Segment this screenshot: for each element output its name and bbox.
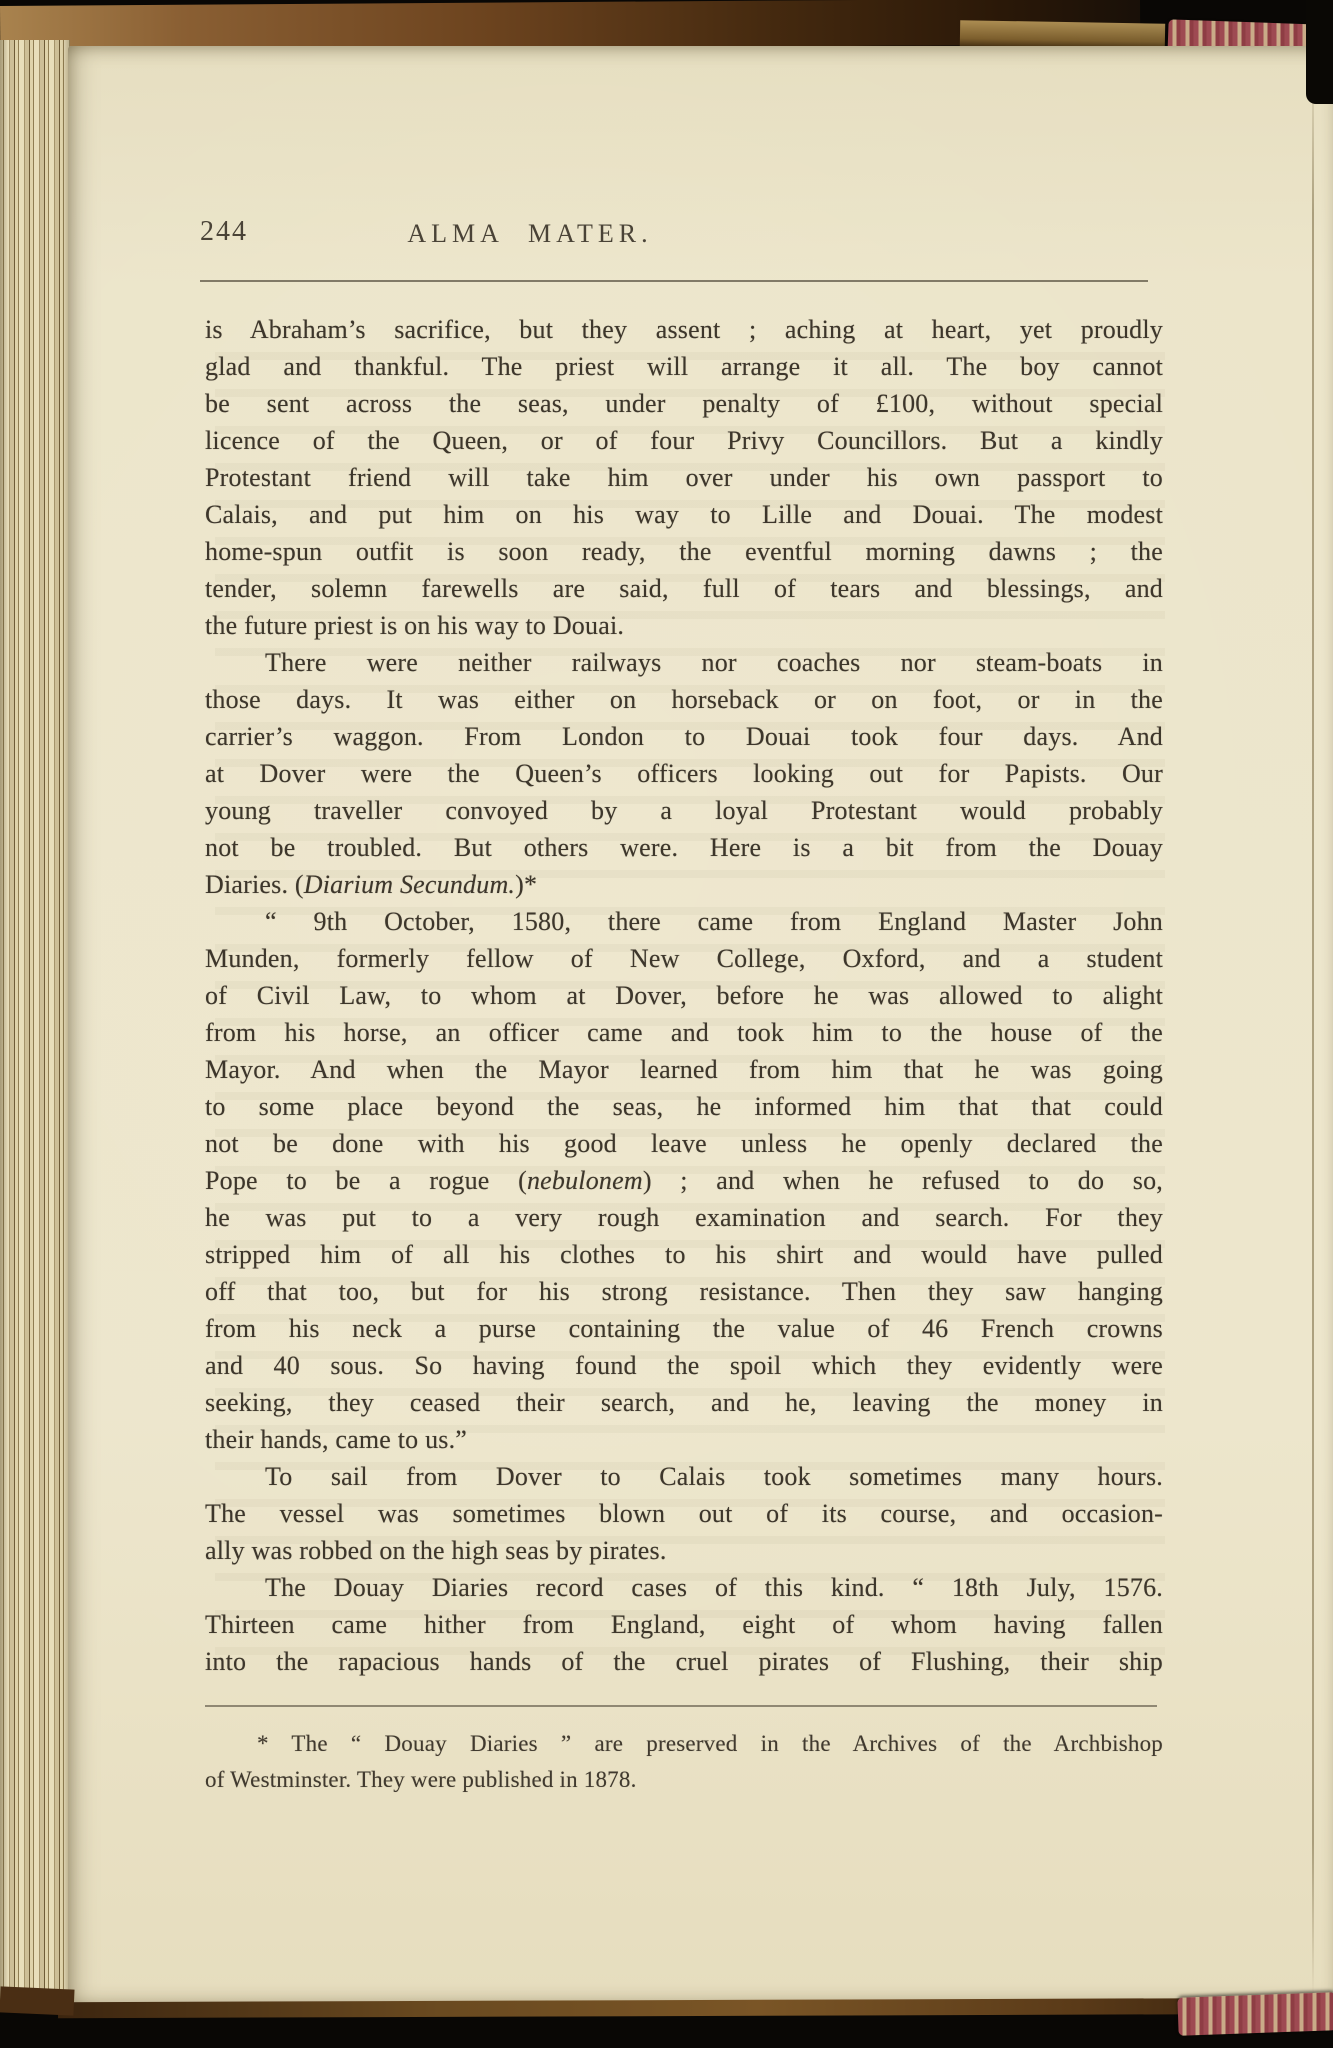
text-line: be sent across the seas, under penalty o… — [205, 385, 1163, 422]
text-line: Thirteen came hither from England, eight… — [205, 1606, 1163, 1643]
text-line: and 40 sous. So having found the spoil w… — [205, 1347, 1163, 1384]
text-line: The Douay Diaries record cases of this k… — [205, 1569, 1163, 1606]
text-line: not be done with his good leave unless h… — [205, 1125, 1163, 1162]
text-line: tender, solemn farewells are said, full … — [205, 570, 1163, 607]
paragraph: To sail from Dover to Calais took someti… — [205, 1458, 1163, 1569]
text-line: to some place beyond the seas, he inform… — [205, 1088, 1163, 1125]
text-line: “ 9th October, 1580, there came from Eng… — [205, 903, 1163, 940]
running-title: ALMA MATER. — [320, 219, 740, 249]
text-line: There were neither railways nor coaches … — [205, 644, 1163, 681]
text-line: home-spun outfit is soon ready, the even… — [205, 533, 1163, 570]
text-line: of Westminster. They were published in 1… — [205, 1762, 1163, 1798]
text-line: from his neck a purse containing the val… — [205, 1310, 1163, 1347]
paragraph: “ 9th October, 1580, there came from Eng… — [205, 903, 1163, 1458]
paragraph: There were neither railways nor coaches … — [205, 644, 1163, 903]
text-line: from his horse, an officer came and took… — [205, 1014, 1163, 1051]
text-line: Protestant friend will take him over und… — [205, 459, 1163, 496]
text-line: carrier’s waggon. From London to Douai t… — [205, 718, 1163, 755]
text-line: Diaries. (Diarium Secundum.)* — [205, 866, 1163, 903]
text-line: ally was robbed on the high seas by pira… — [205, 1532, 1163, 1569]
text-line: Munden, formerly fellow of New College, … — [205, 940, 1163, 977]
cover-corner-bottom-left — [0, 1986, 75, 2015]
text-line: young traveller convoyed by a loyal Prot… — [205, 792, 1163, 829]
book-bottom-cover-edge — [58, 1998, 1333, 2018]
text-line: not be troubled. But others were. Here i… — [205, 829, 1163, 866]
text-line: glad and thankful. The priest will arran… — [205, 348, 1163, 385]
text-line: Calais, and put him on his way to Lille … — [205, 496, 1163, 533]
page-stack-edges — [0, 40, 70, 2012]
page-number: 244 — [200, 216, 248, 248]
text-line: into the rapacious hands of the cruel pi… — [205, 1643, 1163, 1680]
header-rule — [200, 280, 1148, 282]
text-line: seeking, they ceased their search, and h… — [205, 1384, 1163, 1421]
cover-corner-top-right — [1306, 0, 1333, 104]
text-line: * The “ Douay Diaries ” are preserved in… — [205, 1726, 1163, 1762]
body-text: is Abraham’s sacrifice, but they assent … — [205, 311, 1163, 1680]
text-line: off that too, but for his strong resista… — [205, 1273, 1163, 1310]
text-line: is Abraham’s sacrifice, but they assent … — [205, 311, 1163, 348]
footnote: * The “ Douay Diaries ” are preserved in… — [205, 1726, 1163, 1798]
text-line: he was put to a very rough examination a… — [205, 1199, 1163, 1236]
text-line: licence of the Queen, or of four Privy C… — [205, 422, 1163, 459]
text-line: of Civil Law, to whom at Dover, before h… — [205, 977, 1163, 1014]
text-line: Pope to be a rogue (nebulonem) ; and whe… — [205, 1162, 1163, 1199]
text-line: The vessel was sometimes blown out of it… — [205, 1495, 1163, 1532]
footnote-rule — [205, 1705, 1157, 1707]
text-line: To sail from Dover to Calais took someti… — [205, 1458, 1163, 1495]
text-line: those days. It was either on horseback o… — [205, 681, 1163, 718]
text-line: their hands, came to us.” — [205, 1421, 1163, 1458]
text-line: at Dover were the Queen’s officers looki… — [205, 755, 1163, 792]
book-photo: 244 ALMA MATER. is Abraham’s sacrifice, … — [0, 0, 1333, 2048]
page-right-edge — [1312, 58, 1314, 1998]
headband-bottom — [1177, 1992, 1333, 2035]
text-line: stripped him of all his clothes to his s… — [205, 1236, 1163, 1273]
text-line: the future priest is on his way to Douai… — [205, 607, 1163, 644]
text-line: Mayor. And when the Mayor learned from h… — [205, 1051, 1163, 1088]
paragraph: is Abraham’s sacrifice, but they assent … — [205, 311, 1163, 644]
paragraph: The Douay Diaries record cases of this k… — [205, 1569, 1163, 1680]
